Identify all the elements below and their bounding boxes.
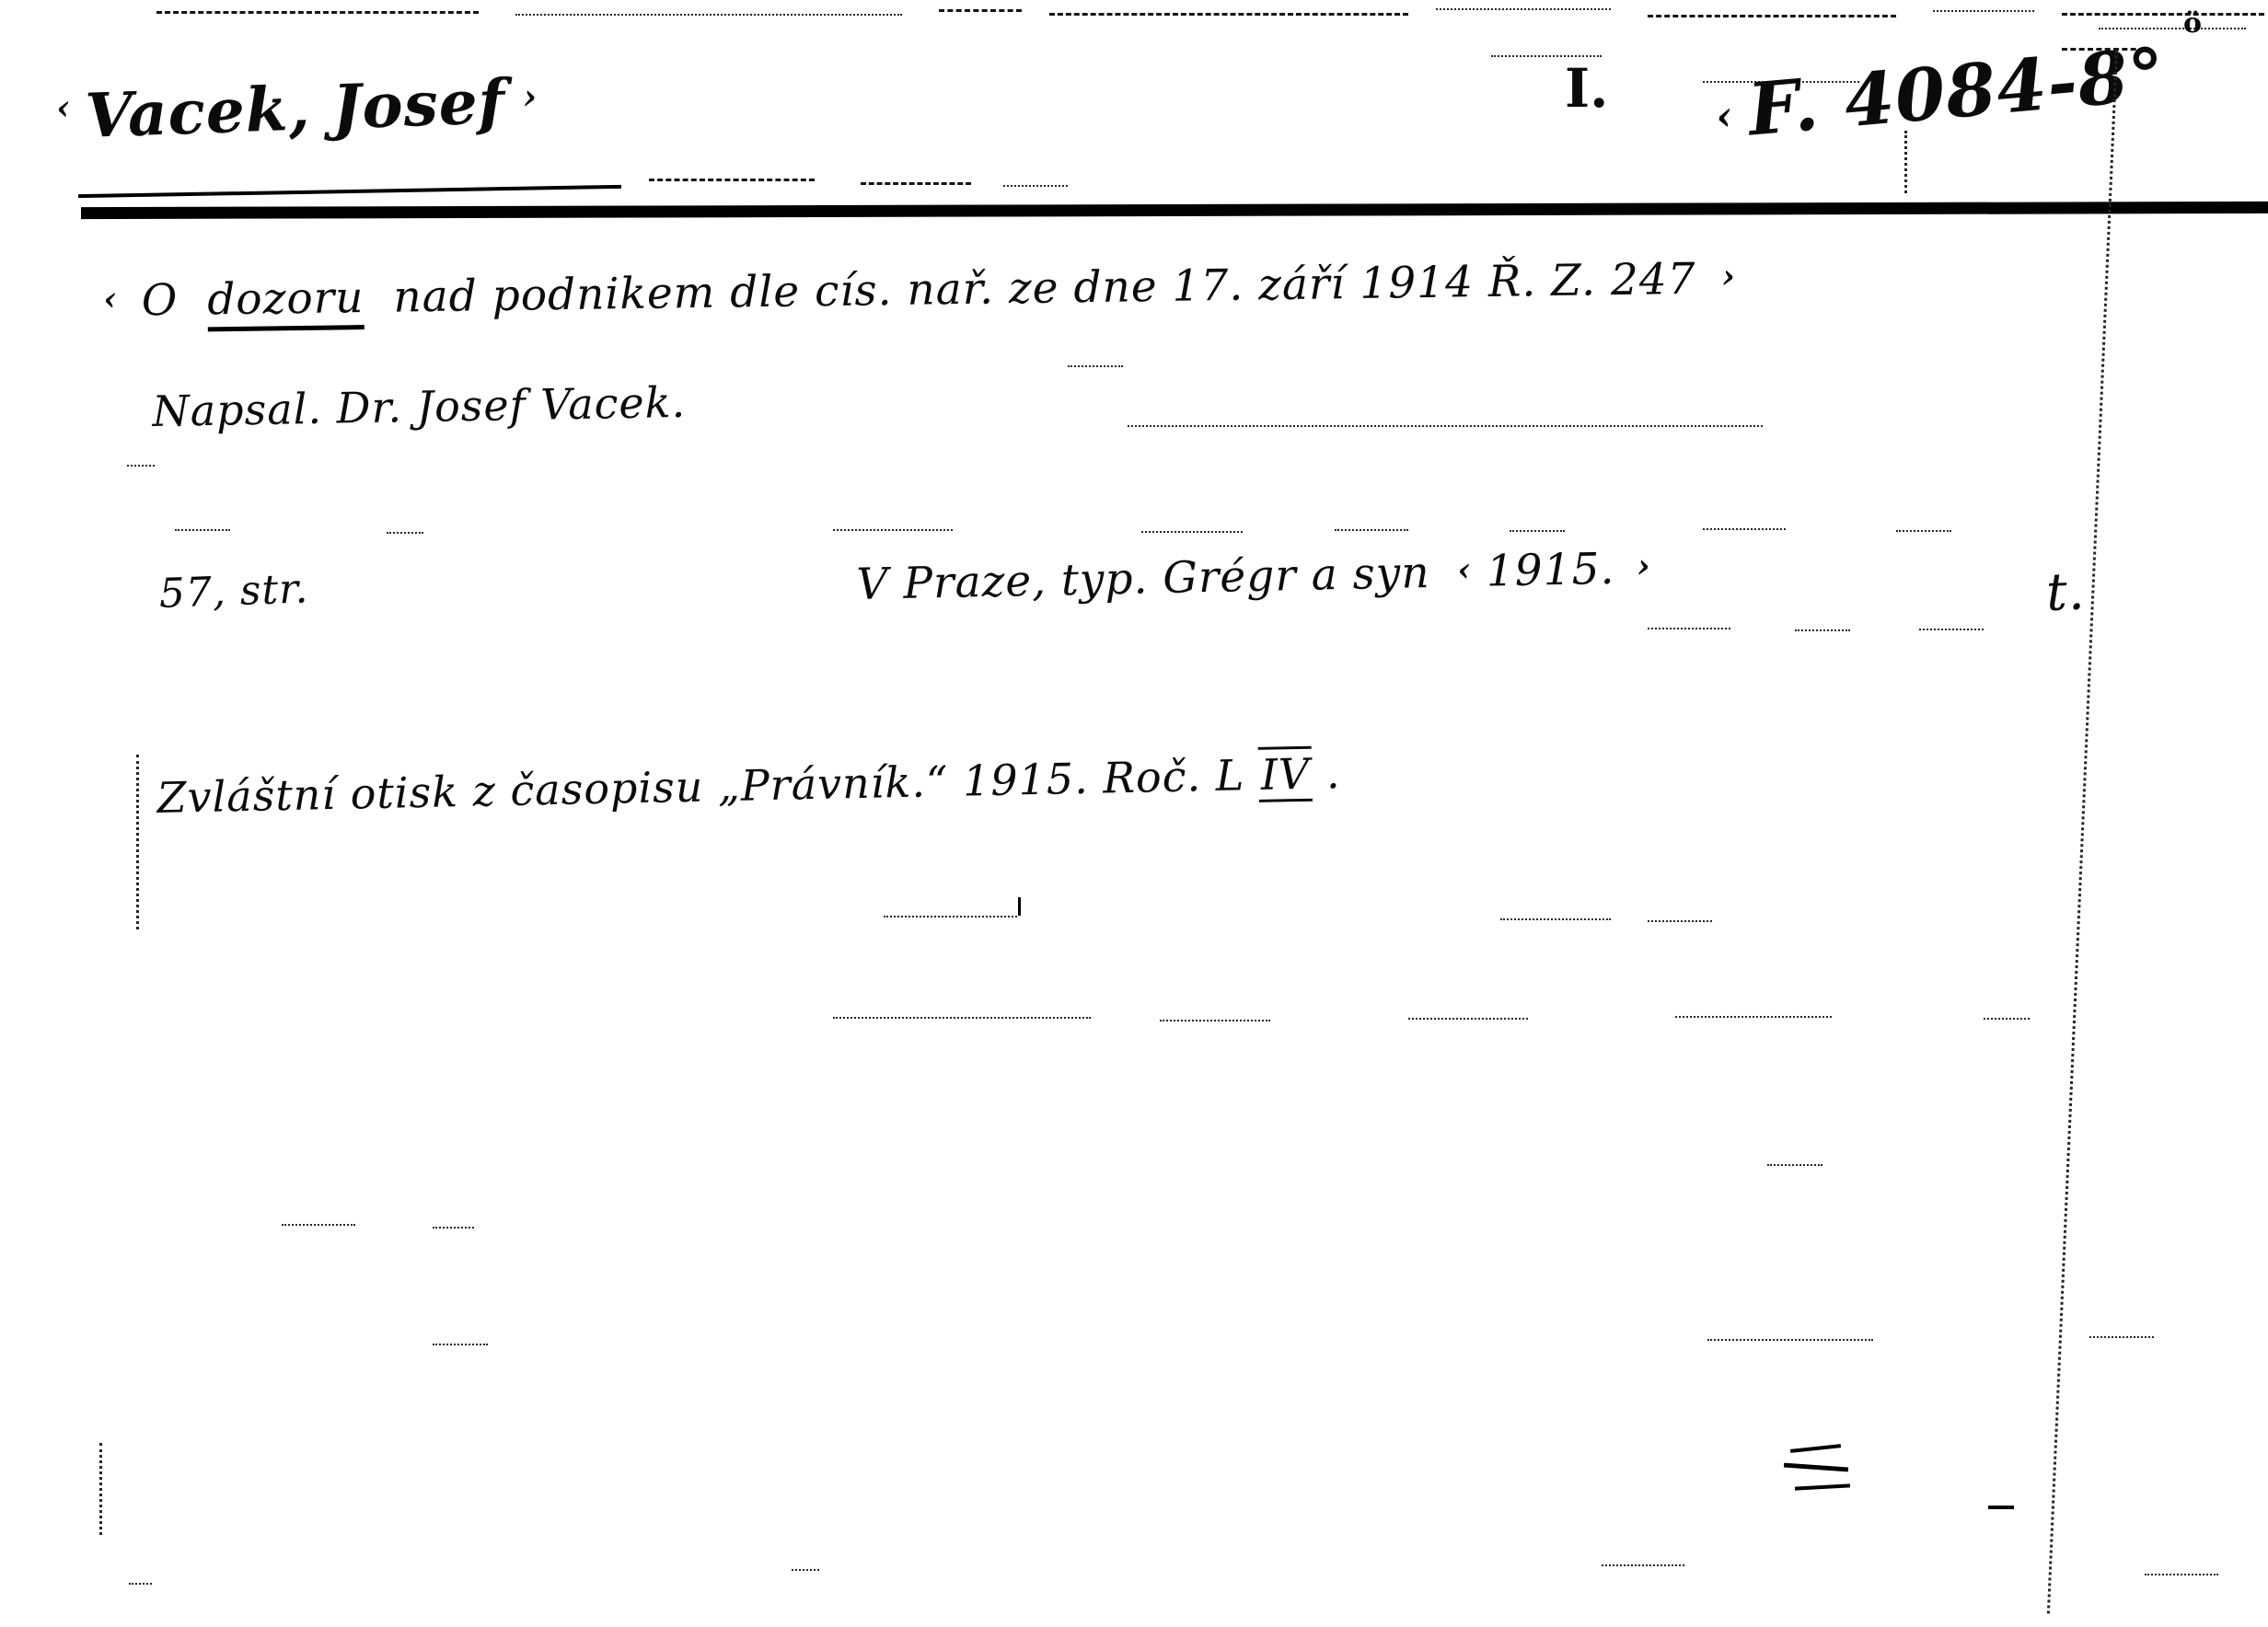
ruled-line: [1919, 629, 1984, 630]
ruled-line: [1335, 529, 1408, 531]
pages-note: 57, str.: [158, 565, 309, 617]
page-corner-mark: ö: [2183, 7, 2202, 40]
ruled-line: [1675, 1016, 1832, 1018]
scan-speck: [1767, 1164, 1822, 1166]
right-margin-guide: [2047, 51, 2118, 1614]
left-margin-guide: [136, 755, 139, 929]
scan-speck: [792, 1569, 819, 1571]
ink-smudge: [1784, 1463, 1848, 1472]
heading-row: ‹ Vacek, Josef ›: [55, 64, 539, 153]
note-roman-numeral: IV: [1258, 746, 1313, 802]
catalog-card: ö ‹ Vacek, Josef › I. ‹ F. 4084-8° ‹ O d…: [0, 0, 2268, 1627]
ink-smudge: [1795, 1483, 1850, 1490]
insert-mark-open: ‹: [1457, 550, 1472, 589]
title-rest: nad podnikem dle cís. nař. ze dne 17. zá…: [393, 254, 1696, 323]
ruled-line: [175, 529, 230, 531]
note-text: Zvláštní otisk z časopisu „Právník.“ 191…: [156, 750, 1245, 823]
ruled-line: [1896, 530, 1951, 532]
series-note-line: Zvláštní otisk z časopisu „Právník.“ 191…: [156, 748, 1341, 823]
scan-speck: [433, 1227, 474, 1229]
scan-speck: [1904, 131, 1907, 193]
scan-speck: [129, 1583, 152, 1585]
insert-mark-open: ‹: [103, 280, 118, 318]
scan-speck: [127, 465, 155, 467]
left-margin-guide: [99, 1443, 102, 1535]
scan-speck: [1049, 13, 1408, 16]
scan-speck: [1648, 15, 1896, 17]
note-period: .: [1325, 748, 1341, 798]
title-line: ‹ O dozoru nad podnikem dle cís. nař. ze…: [103, 253, 1736, 327]
scan-speck: [1068, 365, 1123, 367]
main-entry-name: Vacek, Josef: [84, 65, 506, 152]
scan-speck: [515, 14, 902, 16]
ruled-line: [884, 916, 1017, 917]
ruled-line: [1128, 425, 1763, 427]
scan-speck: [1018, 897, 1021, 916]
ink-smudge: [1790, 1444, 1841, 1453]
scan-speck: [2099, 28, 2246, 29]
ruled-line: [1408, 1018, 1528, 1020]
scan-speck: [1933, 10, 2034, 12]
scan-speck: [861, 182, 971, 185]
ruled-line: [1984, 1018, 2030, 1020]
title-word: O: [141, 275, 178, 327]
scan-speck: [649, 179, 815, 181]
ruled-line: [1795, 629, 1850, 631]
insert-mark-close: ›: [522, 75, 538, 118]
insert-mark-close: ›: [1637, 547, 1651, 585]
ruled-line: [1500, 918, 1611, 920]
ruled-line: [1510, 530, 1565, 532]
scan-speck: [1707, 1339, 1873, 1341]
imprint-text: V Praze, typ. Grégr a syn: [856, 548, 1430, 610]
series-numeral: I.: [1565, 57, 1608, 120]
imprint-year: 1915.: [1486, 544, 1615, 597]
insert-mark-open: ‹: [1714, 92, 1735, 140]
insert-mark-close: ›: [1721, 257, 1736, 295]
scan-speck: [1436, 8, 1611, 10]
ruled-line: [1648, 628, 1730, 629]
title-word-underlined: dozoru: [207, 272, 364, 331]
scan-speck: [1602, 1564, 1684, 1566]
author-line: Napsal. Dr. Josef Vacek.: [152, 377, 687, 436]
call-number-block: ‹ F. 4084-8°: [1712, 32, 2169, 155]
scan-speck: [939, 9, 1022, 12]
ruled-line: [387, 532, 423, 534]
insert-mark-open: ‹: [55, 86, 72, 128]
ruled-line: [833, 1017, 1091, 1019]
name-underline: [78, 185, 621, 198]
scan-speck: [282, 1224, 355, 1226]
scan-speck: [2062, 13, 2264, 16]
ruled-line: [833, 529, 953, 531]
ruled-line: [1160, 1020, 1270, 1021]
header-rule: [81, 202, 2268, 219]
scan-speck: [1003, 185, 1068, 187]
scan-speck: [156, 11, 479, 14]
format-note: t.: [2045, 562, 2087, 623]
scan-speck: [433, 1344, 488, 1345]
imprint-line: V Praze, typ. Grégr a syn ‹ 1915. ›: [856, 543, 1651, 610]
scan-speck: [2089, 1336, 2154, 1338]
ruled-line: [1141, 531, 1243, 533]
scan-speck: [2145, 1574, 2218, 1575]
ink-smudge: [1988, 1506, 2014, 1509]
ruled-line: [1703, 528, 1786, 530]
call-number: F. 4084-8°: [1745, 32, 2170, 152]
ruled-line: [1648, 920, 1712, 922]
